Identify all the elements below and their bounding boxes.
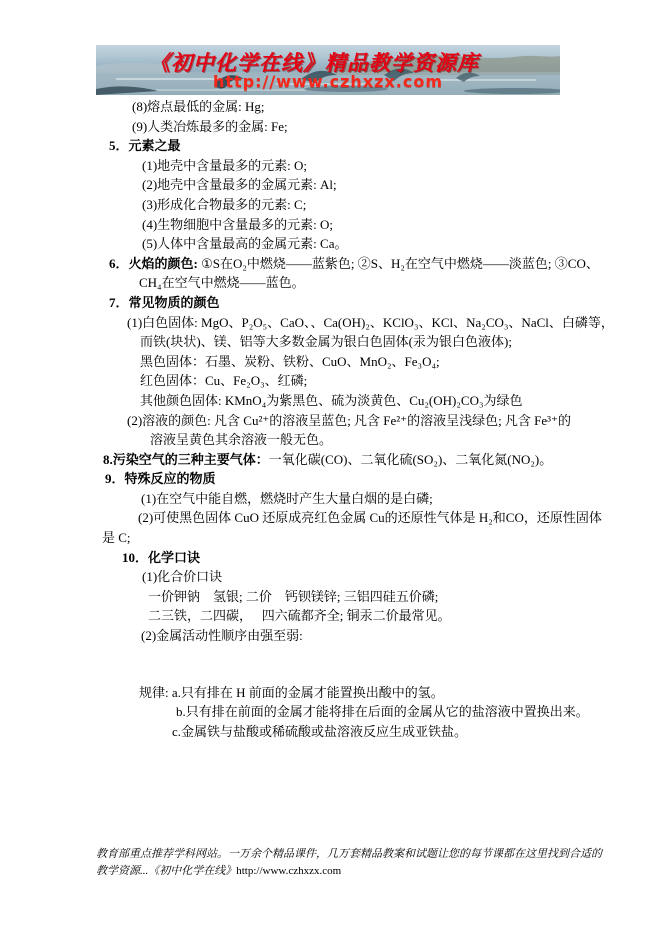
doc-line: 是 C; (96, 528, 576, 548)
doc-line-text: 是 C; (102, 530, 131, 545)
doc-line-text: 溶液呈黄色其余溶液一般无色。 (150, 432, 332, 447)
doc-line: 溶液呈黄色其余溶液一般无色。 (96, 430, 576, 450)
doc-line-text: 其他颜色固体: KMnO₄为紫黑色、硫为淡黄色、Cu₂(OH)₂CO₃为绿色 (140, 393, 523, 408)
doc-line-text: (1)地壳中含量最多的元素: O; (142, 158, 307, 173)
footer-url-link[interactable]: http://www.czhxzx.com (236, 865, 341, 877)
doc-line-text: (1)在空气中能自燃，燃烧时产生大量白烟的是白磷; (141, 491, 433, 506)
doc-line-heading: 7．常见物质的颜色 (109, 295, 220, 310)
doc-line: 7．常见物质的颜色 (96, 293, 576, 313)
doc-line: 黑色固体：石墨、炭粉、铁粉、CuO、MnO₂、Fe₃O₄; (96, 352, 576, 372)
doc-line: 10．化学口诀 (96, 548, 576, 568)
banner-url-link[interactable]: http://www.czhxzx.com (96, 72, 560, 91)
doc-line: (9)人类冶炼最多的金属: Fe; (96, 117, 576, 137)
doc-line: 8.污染空气的三种主要气体：一氧化碳(CO)、二氧化硫(SO₂)、二氧化氮(NO… (96, 450, 576, 470)
doc-line-text: b.只有排在前面的金属才能将排在后面的金属从它的盐溶液中置换出来。 (176, 704, 589, 719)
doc-line-text: ①S在O₂中燃烧——蓝紫色; ②S、H₂在空气中燃烧——淡蓝色; ③CO、 (198, 256, 599, 271)
doc-line: b.只有排在前面的金属才能将排在后面的金属从它的盐溶液中置换出来。 (96, 702, 576, 722)
doc-line: (3)形成化合物最多的元素: C; (96, 195, 576, 215)
doc-line: 5．元素之最 (96, 136, 576, 156)
doc-line-heading: 6．火焰的颜色: (109, 256, 198, 271)
doc-line-text: (8)熔点最低的金属: Hg; (132, 99, 265, 114)
banner-image: 《初中化学在线》精品教学资源库 http://www.czhxzx.com (96, 45, 560, 95)
spacer (96, 646, 576, 683)
doc-line: CH₄在空气中燃烧——蓝色。 (96, 273, 576, 293)
footer-line-1: 教育部重点推荐学科网站。一万余个精品课件，几万套精品教案和试题让您的每节课都在这… (96, 846, 574, 863)
doc-line: 规律: a.只有排在 H 前面的金属才能置换出酸中的氢。 (96, 683, 576, 703)
footer-line-2: 教学资源...《初中化学在线》http://www.czhxzx.com (96, 863, 574, 880)
doc-line: (1)白色固体: MgO、P₂O₅、CaO、、Ca(OH)₂、KClO₃、KCl… (96, 313, 576, 333)
doc-line-text: 一价钾钠 氢银; 二价 钙钡镁锌; 三铝四硅五价磷; (148, 589, 438, 604)
doc-line-text: (5)人体中含量最高的金属元素: Ca。 (142, 236, 347, 251)
doc-line-text: (9)人类冶炼最多的金属: Fe; (132, 119, 288, 134)
doc-line-text: 黑色固体：石墨、炭粉、铁粉、CuO、MnO₂、Fe₃O₄; (140, 354, 440, 369)
doc-line: 6．火焰的颜色: ①S在O₂中燃烧——蓝紫色; ②S、H₂在空气中燃烧——淡蓝色… (96, 254, 576, 274)
doc-line-text: (2)金属活动性顺序由强至弱: (141, 628, 303, 643)
document-body: (8)熔点最低的金属: Hg;(9)人类冶炼最多的金属: Fe;5．元素之最(1… (96, 97, 576, 741)
doc-line: (1)化合价口诀 (96, 567, 576, 587)
doc-line-text: 而铁(块状)、镁、铝等大多数金属为银白色固体(汞为银白色液体); (140, 334, 512, 349)
doc-line: (8)熔点最低的金属: Hg; (96, 97, 576, 117)
doc-line: 其他颜色固体: KMnO₄为紫黑色、硫为淡黄色、Cu₂(OH)₂CO₃为绿色 (96, 391, 576, 411)
doc-line: (5)人体中含量最高的金属元素: Ca。 (96, 234, 576, 254)
doc-line: c.金属铁与盐酸或稀硫酸或盐溶液反应生成亚铁盐。 (96, 722, 576, 742)
doc-line: 二三铁，二四碳， 四六硫都齐全; 铜汞二价最常见。 (96, 606, 576, 626)
doc-line-text: 规律: a.只有排在 H 前面的金属才能置换出酸中的氢。 (139, 685, 444, 700)
doc-line-text: c.金属铁与盐酸或稀硫酸或盐溶液反应生成亚铁盐。 (172, 724, 467, 739)
footer-line-2-text: 教学资源...《初中化学在线》 (96, 865, 236, 877)
doc-line-text: (1)化合价口诀 (142, 569, 222, 584)
doc-line-text: (1)白色固体: MgO、P₂O₅、CaO、、Ca(OH)₂、KClO₃、KCl… (127, 315, 614, 330)
doc-line-text: 二三铁，二四碳， 四六硫都齐全; 铜汞二价最常见。 (148, 608, 451, 623)
doc-line-heading: 10．化学口诀 (122, 550, 200, 565)
doc-line: (2)可使黑色固体 CuO 还原成亮红色金属 Cu的还原性气体是 H₂和CO，还… (96, 508, 576, 528)
doc-line-text: CH₄在空气中燃烧——蓝色。 (139, 275, 305, 290)
doc-line: (1)地壳中含量最多的元素: O; (96, 156, 576, 176)
doc-line-heading: 5．元素之最 (109, 138, 181, 153)
footer-promo: 教育部重点推荐学科网站。一万余个精品课件，几万套精品教案和试题让您的每节课都在这… (96, 846, 574, 880)
doc-line: (2)金属活动性顺序由强至弱: (96, 626, 576, 646)
doc-line: (2)溶液的颜色: 凡含 Cu²⁺的溶液呈蓝色; 凡含 Fe²⁺的溶液呈浅绿色;… (96, 411, 576, 431)
doc-line-text: 一氧化碳(CO)、二氧化硫(SO₂)、二氧化氮(NO₂)。 (269, 452, 553, 467)
doc-line: (2)地壳中含量最多的金属元素: Al; (96, 175, 576, 195)
doc-line: 一价钾钠 氢银; 二价 钙钡镁锌; 三铝四硅五价磷; (96, 587, 576, 607)
doc-line-text: (4)生物细胞中含量最多的元素: O; (142, 217, 333, 232)
doc-line: 而铁(块状)、镁、铝等大多数金属为银白色固体(汞为银白色液体); (96, 332, 576, 352)
doc-line-heading: 8.污染空气的三种主要气体： (103, 452, 269, 467)
doc-line-text: (2)可使黑色固体 CuO 还原成亮红色金属 Cu的还原性气体是 H₂和CO，还… (138, 510, 602, 525)
doc-line: 红色固体：Cu、Fe₂O₃、红磷; (96, 371, 576, 391)
doc-line: 9．特殊反应的物质 (96, 469, 576, 489)
doc-line-text: (3)形成化合物最多的元素: C; (142, 197, 306, 212)
doc-line-text: 红色固体：Cu、Fe₂O₃、红磷; (140, 373, 307, 388)
doc-line-heading: 9．特殊反应的物质 (105, 471, 216, 486)
doc-line: (4)生物细胞中含量最多的元素: O; (96, 215, 576, 235)
doc-line-text: (2)溶液的颜色: 凡含 Cu²⁺的溶液呈蓝色; 凡含 Fe²⁺的溶液呈浅绿色;… (127, 413, 571, 428)
doc-line: (1)在空气中能自燃，燃烧时产生大量白烟的是白磷; (96, 489, 576, 509)
doc-line-text: (2)地壳中含量最多的金属元素: Al; (142, 177, 337, 192)
